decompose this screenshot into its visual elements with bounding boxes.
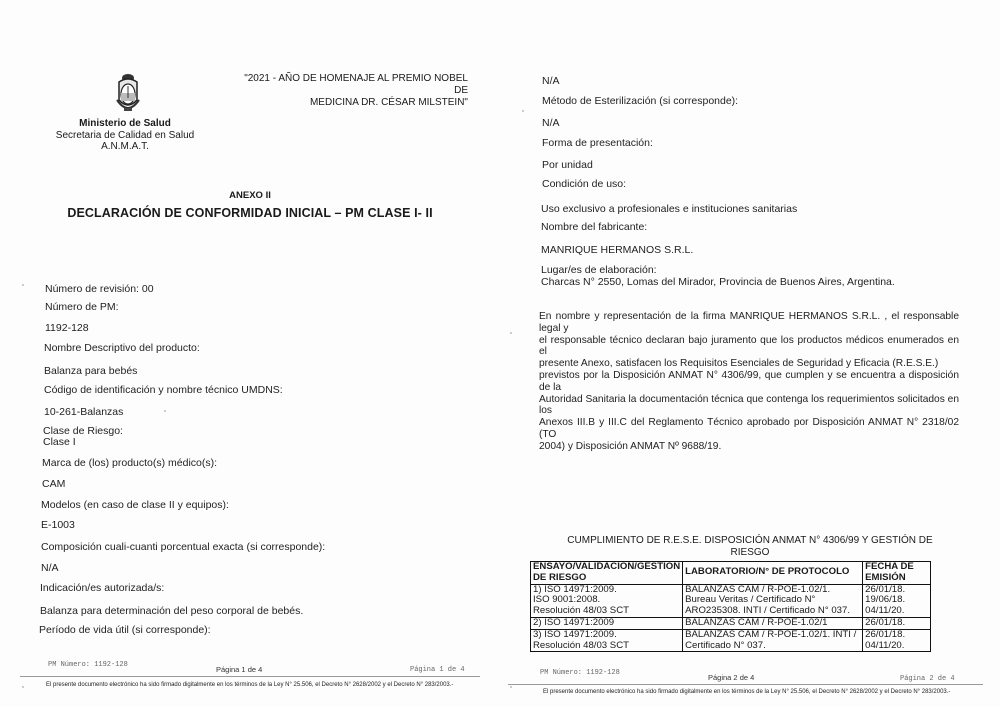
presentacion-label: Forma de presentación:	[542, 137, 653, 150]
umdns-value: 10-261-Balanzas	[44, 406, 123, 419]
cell-laboratorio: BALANZAS CAM / R-POE-1.02/1. Bureau Veri…	[683, 584, 863, 617]
cell-line: Certificado N° 037.	[685, 641, 860, 652]
footer-divider	[20, 676, 480, 677]
indicacion-value: Balanza para determinación del peso corp…	[40, 605, 303, 618]
fabricante-value: MANRIQUE HERMANOS S.R.L.	[541, 244, 693, 257]
umdns-label: Código de identificación y nombre técnic…	[44, 384, 283, 397]
marca-label: Marca de (los) producto(s) médico(s):	[42, 457, 217, 470]
header-laboratorio: LABORATORIO/N° DE PROTOCOLO	[683, 562, 863, 585]
cell-line: 26/01/18.	[865, 618, 928, 629]
declaration-line: En nombre y representación de la firma M…	[539, 311, 959, 335]
declaration-line: previstos por la Disposición ANMAT N° 43…	[539, 370, 959, 394]
footer-page-center: Página 1 de 4	[216, 665, 262, 674]
cell-fecha: 26/01/18.	[863, 617, 931, 629]
composicion-label: Composición cuali-cuanti porcentual exac…	[41, 541, 325, 554]
header-ensayo: ENSAYO/VALIDACION/GESTION DE RIESGO	[531, 562, 683, 585]
footer-page-right: Página 1 de 4	[410, 666, 465, 674]
footer-divider	[508, 684, 983, 685]
declaration-line: Autoridad Sanitaria la documentación téc…	[539, 394, 959, 418]
footer-pm-number: PM Número: 1192-128	[48, 661, 128, 669]
ministry-header: Ministerio de Salud Secretaria de Calida…	[40, 118, 210, 153]
cell-ensayo: 2) ISO 14971:2009	[531, 617, 683, 629]
cell-line: BALANZAS CAM / R-POE-1.02/1	[685, 618, 860, 629]
fabricante-label: Nombre del fabricante:	[541, 221, 647, 234]
pm-value: 1192-128	[45, 322, 89, 335]
motto-line-2: MEDICINA DR. CÉSAR MILSTEIN"	[228, 97, 468, 109]
marca-value: CAM	[42, 478, 65, 491]
table-header-row: ENSAYO/VALIDACION/GESTION DE RIESGO LABO…	[531, 562, 931, 585]
modelos-label: Modelos (en caso de clase II y equipos):	[41, 499, 229, 512]
declaration-line: el responsable técnico declaran bajo jur…	[539, 335, 959, 359]
indicacion-label: Indicación/es autorizada/s:	[40, 582, 164, 595]
declaration-paragraph: En nombre y representación de la firma M…	[539, 311, 959, 453]
table-row: 1) ISO 14971:2009. ISO 9001:2008. Resolu…	[531, 584, 931, 617]
cell-line: 04/11/20.	[865, 641, 928, 652]
esterilizacion-value: N/A	[542, 117, 560, 130]
table-title-line-2: RIESGO	[540, 547, 960, 559]
argentina-coat-of-arms-icon	[114, 70, 142, 116]
footer-legal-notice: El presente documento electrónico ha sid…	[46, 682, 453, 688]
lugar-value: Charcas N° 2550, Lomas del Mirador, Prov…	[541, 276, 895, 289]
header-fecha: FECHA DE EMISIÓN	[863, 562, 931, 585]
table-row: 3) ISO 14971:2009. Resolución 48/03 SCT …	[531, 629, 931, 652]
vida-util-value: N/A	[542, 75, 560, 88]
table-title: CUMPLIMIENTO DE R.E.S.E. DISPOSICIÓN ANM…	[540, 535, 960, 559]
cell-fecha: 26/01/18. 19/06/18. 04/11/20.	[863, 584, 931, 617]
rese-compliance-table: ENSAYO/VALIDACION/GESTION DE RIESGO LABO…	[530, 561, 931, 652]
footer-page-right: Página 2 de 4	[900, 675, 955, 683]
table-row: 2) ISO 14971:2009 BALANZAS CAM / R-POE-1…	[531, 617, 931, 629]
cell-laboratorio: BALANZAS CAM / R-POE-1.02/1. INTI / Cert…	[683, 629, 863, 652]
cell-ensayo: 1) ISO 14971:2009. ISO 9001:2008. Resolu…	[531, 584, 683, 617]
cell-line: 2) ISO 14971:2009	[533, 618, 680, 629]
cell-line: 26/01/18.	[865, 630, 928, 641]
table-title-line-1: CUMPLIMIENTO DE R.E.S.E. DISPOSICIÓN ANM…	[540, 535, 960, 547]
year-motto: "2021 - AÑO DE HOMENAJE AL PREMIO NOBEL …	[228, 73, 468, 109]
secretaria-name: Secretaria de Calidad en Salud	[40, 130, 210, 142]
cell-laboratorio: BALANZAS CAM / R-POE-1.02/1	[683, 617, 863, 629]
clase-value: Clase I	[43, 436, 76, 449]
cell-line: Resolución 48/03 SCT	[533, 606, 680, 617]
ministry-name: Ministerio de Salud	[40, 118, 210, 130]
cell-line: BALANZAS CAM / R-POE-1.02/1. INTI /	[685, 630, 860, 641]
nombre-value: Balanza para bebés	[44, 365, 137, 378]
footer-pm-number: PM Número: 1192-128	[540, 669, 620, 677]
revision-number: Número de revisión: 00	[45, 283, 154, 296]
declaration-line: Anexos III.B y III.C del Reglamento Técn…	[539, 417, 959, 441]
cell-line: 3) ISO 14971:2009.	[533, 630, 680, 641]
declaration-line: presente Anexo, satisfacen los Requisito…	[539, 358, 959, 370]
presentacion-value: Por unidad	[542, 159, 593, 172]
cell-line: 04/11/20.	[865, 606, 928, 617]
motto-line-1: "2021 - AÑO DE HOMENAJE AL PREMIO NOBEL …	[228, 73, 468, 97]
nombre-label: Nombre Descriptivo del producto:	[44, 342, 200, 355]
cell-ensayo: 3) ISO 14971:2009. Resolución 48/03 SCT	[531, 629, 683, 652]
pm-label: Número de PM:	[45, 301, 119, 314]
cell-line: Resolución 48/03 SCT	[533, 641, 680, 652]
document-page-1: Ministerio de Salud Secretaria de Calida…	[0, 0, 500, 707]
footer-legal-notice: El presente documento electrónico ha sid…	[543, 689, 950, 695]
condicion-value: Uso exclusivo a profesionales e instituc…	[541, 203, 797, 216]
cell-line: ARO235308. INTI / Certificado N° 037.	[685, 606, 860, 617]
cell-fecha: 26/01/18. 04/11/20.	[863, 629, 931, 652]
condicion-label: Condición de uso:	[542, 178, 626, 191]
declaration-line: 2004) y Disposición ANMAT Nº 9688/19.	[539, 441, 959, 453]
footer-page-center: Página 2 de 4	[708, 673, 754, 682]
agency-name: A.N.M.A.T.	[40, 141, 210, 153]
vida-util-label: Período de vida útil (si corresponde):	[39, 624, 211, 637]
esterilizacion-label: Método de Esterilización (si corresponde…	[542, 95, 738, 108]
anexo-label: ANEXO II	[0, 190, 500, 201]
document-title: DECLARACIÓN DE CONFORMIDAD INICIAL – PM …	[0, 206, 500, 220]
composicion-value: N/A	[41, 562, 59, 575]
modelos-value: E-1003	[41, 519, 75, 532]
